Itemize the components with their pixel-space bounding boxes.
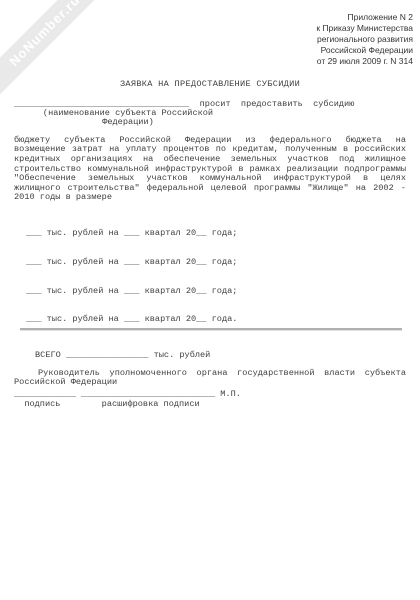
document-page: NoNumber.ru Приложение N 2 к Приказу Мин… — [0, 0, 420, 600]
body-paragraph: бюджету субъекта Российской Федерации из… — [14, 136, 406, 203]
quarter-amount-row: ___ тыс. рублей на ___ квартал 20__ года… — [26, 287, 406, 297]
total-amount-line: ВСЕГО ________________ тыс. рублей — [14, 351, 406, 361]
applicant-caption-line: Федерации) — [37, 118, 219, 127]
divider — [20, 328, 402, 331]
document-body: ЗАЯВКА НА ПРЕДОСТАВЛЕНИЕ СУБСИДИИ ______… — [14, 0, 406, 409]
applicant-caption: (наименование субъекта Российской Федера… — [37, 109, 219, 128]
document-title: ЗАЯВКА НА ПРЕДОСТАВЛЕНИЕ СУБСИДИИ — [14, 80, 406, 90]
quarter-amount-row: ___ тыс. рублей на ___ квартал 20__ года… — [26, 229, 406, 239]
signatory-title-line: Российской Федерации — [14, 378, 406, 388]
signature-labels: подпись расшифровка подписи — [14, 400, 406, 410]
quarter-amount-row: ___ тыс. рублей на ___ квартал 20__ года… — [26, 315, 406, 325]
signatory-block: Руководитель уполномоченного органа госу… — [14, 369, 406, 409]
body-paragraph-line: 2010 годы в размере — [14, 193, 406, 203]
quarterly-amounts: ___ тыс. рублей на ___ квартал 20__ года… — [14, 210, 406, 344]
quarter-amount-row: ___ тыс. рублей на ___ квартал 20__ года… — [26, 258, 406, 268]
